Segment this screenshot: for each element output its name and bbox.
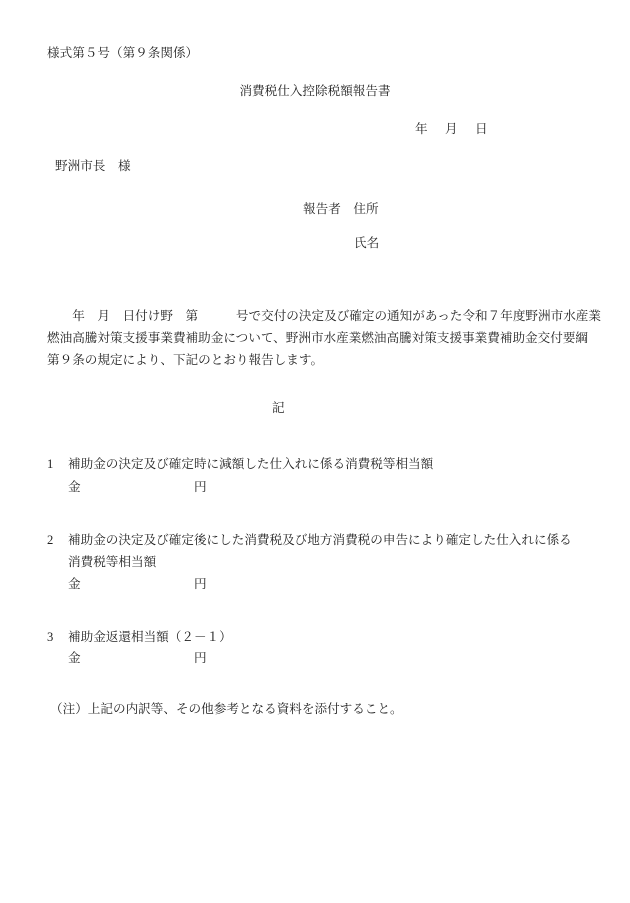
record-heading: 記 xyxy=(272,401,285,415)
item-3-text: 補助金返還相当額（２－１） xyxy=(68,630,232,644)
item-1-amount-line: 金 円 xyxy=(68,480,207,494)
item-3-amount-line: 金 円 xyxy=(68,651,207,665)
body-paragraph-line-1: 年 月 日付け野 第 号で交付の決定及び確定の通知があった令和７年度野洲市水産業 xyxy=(47,309,601,323)
document-title: 消費税仕入控除税額報告書 xyxy=(0,84,630,98)
body-paragraph-line-2: 燃油高騰対策支援事業費補助金について、野洲市水産業燃油高騰対策支援事業費補助金交… xyxy=(47,331,588,345)
reporter-name-line: 氏名 xyxy=(354,236,379,250)
item-2-amount-line: 金 円 xyxy=(68,577,207,591)
item-2-text-line-1: 補助金の決定及び確定後にした消費税及び地方消費税の申告により確定した仕入れに係る xyxy=(68,533,572,547)
item-2-number: 2 xyxy=(47,533,53,547)
reporter-address-line: 報告者 住所 xyxy=(303,202,379,216)
date-blank-line: 年 月 日 xyxy=(415,122,490,136)
item-1-text: 補助金の決定及び確定時に減額した仕入れに係る消費税等相当額 xyxy=(68,457,433,471)
note-line: （注）上記の内訳等、その他参考となる資料を添付すること。 xyxy=(50,702,403,716)
form-number: 様式第５号（第９条関係） xyxy=(47,46,198,60)
document-page: 様式第５号（第９条関係） 消費税仕入控除税額報告書 年 月 日 野洲市長 様 報… xyxy=(0,0,630,903)
addressee-line: 野洲市長 様 xyxy=(55,159,131,173)
item-2-text-line-2: 消費税等相当額 xyxy=(68,555,156,569)
item-3-number: 3 xyxy=(47,630,53,644)
body-paragraph-line-3: 第９条の規定により、下記のとおり報告します。 xyxy=(47,353,323,367)
item-1-number: 1 xyxy=(47,457,53,471)
